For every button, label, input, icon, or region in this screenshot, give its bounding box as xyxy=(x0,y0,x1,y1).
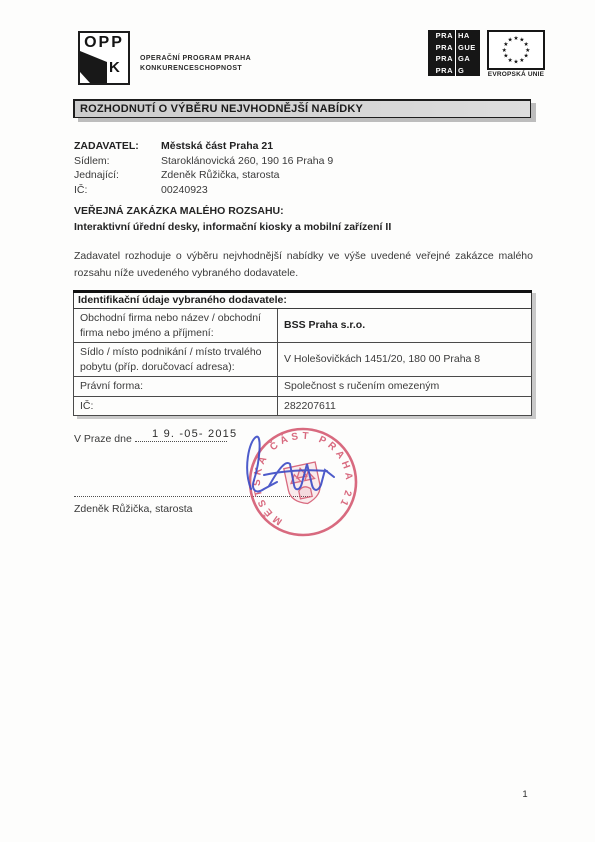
oppk-k-letter: K xyxy=(109,59,120,76)
praha-cell: GUE xyxy=(456,42,480,54)
oppk-ribbon-icon xyxy=(80,33,128,83)
row-value: V Holešovičkách 1451/20, 180 00 Praha 8 xyxy=(278,343,532,377)
row-label: IČ: xyxy=(74,396,278,416)
date-line: V Praze dne 1 9. -05- 2015 xyxy=(74,431,227,445)
table-row: Obchodní firma nebo název / obchodní fir… xyxy=(74,309,532,343)
field-label: ZADAVATEL: xyxy=(74,139,161,154)
contract-subject: Interaktivní úřední desky, informační ki… xyxy=(74,219,532,235)
table-header-row: Identifikační údaje vybraného dodavatele… xyxy=(74,292,532,309)
table-row: IČ: 282207611 xyxy=(74,396,532,416)
public-contract-block: VEŘEJNÁ ZAKÁZKA MALÉHO ROZSAHU: Interakt… xyxy=(74,203,532,235)
official-stamp: MĚSTSKÁ ČÁST PRAHA 21 xyxy=(237,423,379,543)
stamp-coat-of-arms xyxy=(284,462,323,507)
program-line2: KONKURENCESCHOPNOST xyxy=(140,64,251,74)
contracting-authority-block: ZADAVATEL: Městská část Praha 21 Sídlem:… xyxy=(74,139,532,197)
row-value: Společnost s ručením omezeným xyxy=(278,377,532,397)
signatory-name: Zdeněk Růžička, starosta xyxy=(74,503,192,515)
praha-cell: PRA xyxy=(428,53,455,65)
eu-label: EVROPSKÁ UNIE xyxy=(481,71,551,78)
svg-text:★: ★ xyxy=(508,37,513,44)
svg-text:★: ★ xyxy=(519,57,524,64)
praha-logo: PRAHA PRAGUE PRAGA PRAG xyxy=(428,30,480,76)
row-label: Právní forma: xyxy=(74,377,278,397)
field-value: Zdeněk Růžička, starosta xyxy=(161,168,279,183)
zadavatel-row: Jednající: Zdeněk Růžička, starosta xyxy=(74,168,532,183)
contract-heading: VEŘEJNÁ ZAKÁZKA MALÉHO ROZSAHU: xyxy=(74,203,532,219)
page-number: 1 xyxy=(517,789,533,800)
zadavatel-row: IČ: 00240923 xyxy=(74,183,532,198)
oppk-logo: OPP K xyxy=(78,31,130,85)
praha-cell: PRA xyxy=(428,30,455,42)
praha-cell: HA xyxy=(456,30,480,42)
praha-cell: PRA xyxy=(428,42,455,54)
program-line1: OPERAČNÍ PROGRAM PRAHA xyxy=(140,54,251,64)
date-stamp: 1 9. -05- 2015 xyxy=(152,428,237,440)
praha-cell: G xyxy=(456,65,480,77)
decision-paragraph: Zadavatel rozhoduje o výběru nejvhodnějš… xyxy=(74,248,533,281)
praha-cell: GA xyxy=(456,53,480,65)
svg-text:★: ★ xyxy=(525,47,530,54)
program-name: OPERAČNÍ PROGRAM PRAHA KONKURENCESCHOPNO… xyxy=(140,54,251,73)
table-row: Právní forma: Společnost s ručením omeze… xyxy=(74,377,532,397)
field-value: Staroklánovická 260, 190 16 Praha 9 xyxy=(161,154,333,169)
field-label: Jednající: xyxy=(74,168,161,183)
svg-text:★: ★ xyxy=(524,41,529,48)
eu-flag-icon: ★ ★ ★ ★ ★ ★ ★ ★ ★ ★ ★ ★ xyxy=(487,30,545,70)
zadavatel-row: Sídlem: Staroklánovická 260, 190 16 Prah… xyxy=(74,154,532,169)
document-page: OPP K OPERAČNÍ PROGRAM PRAHA KONKURENCES… xyxy=(0,0,595,842)
zadavatel-row: ZADAVATEL: Městská část Praha 21 xyxy=(74,139,532,154)
svg-text:★: ★ xyxy=(513,59,518,66)
row-value: 282207611 xyxy=(278,396,532,416)
place-label: V Praze dne xyxy=(74,433,132,445)
table-header: Identifikační údaje vybraného dodavatele… xyxy=(74,292,532,309)
document-title: ROZHODNUTÍ O VÝBĚRU NEJVHODNĚJŠÍ NABÍDKY xyxy=(73,99,531,118)
field-value: Městská část Praha 21 xyxy=(161,139,273,154)
field-label: Sídlem: xyxy=(74,154,161,169)
svg-text:★: ★ xyxy=(513,35,518,42)
praha-cell: PRA xyxy=(428,65,455,77)
row-label: Obchodní firma nebo název / obchodní fir… xyxy=(74,309,278,343)
field-label: IČ: xyxy=(74,183,161,198)
row-value: BSS Praha s.r.o. xyxy=(278,309,532,343)
row-label: Sídlo / místo podnikání / místo trvalého… xyxy=(74,343,278,377)
table-row: Sídlo / místo podnikání / místo trvalého… xyxy=(74,343,532,377)
field-value: 00240923 xyxy=(161,183,208,198)
supplier-table: Identifikační údaje vybraného dodavatele… xyxy=(73,290,532,416)
